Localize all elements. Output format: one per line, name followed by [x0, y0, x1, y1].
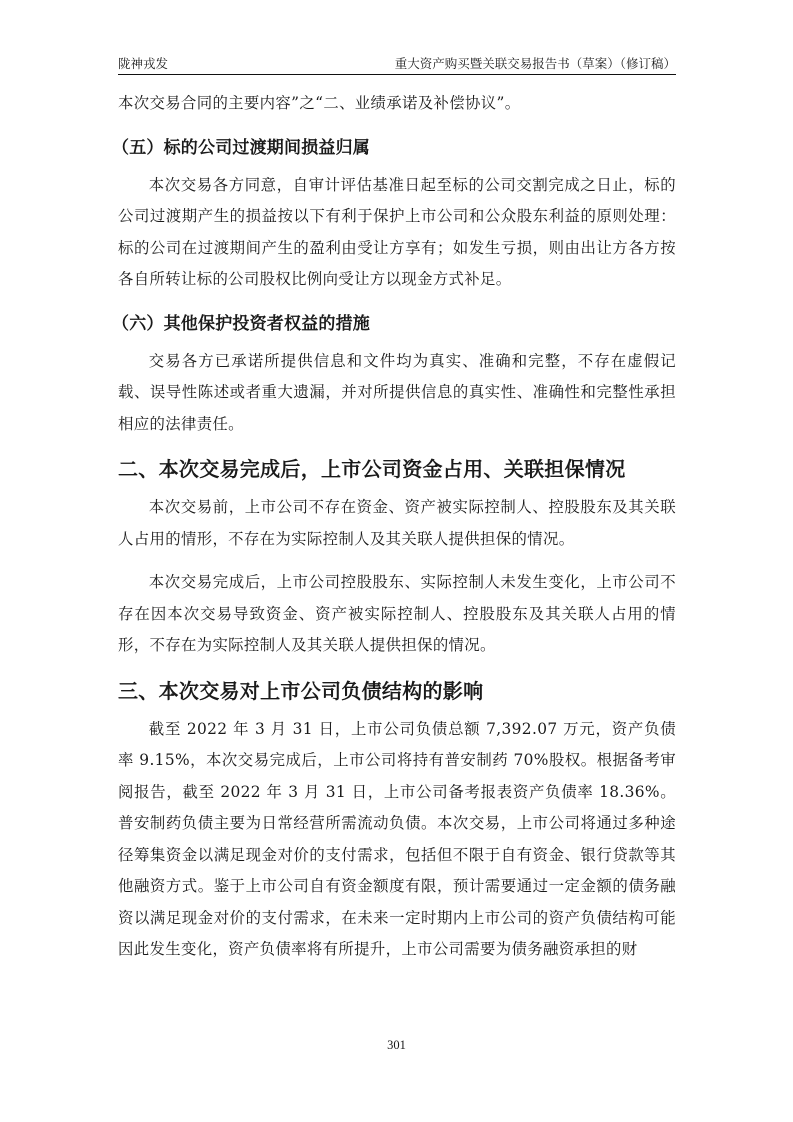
continuation-paragraph: 本次交易合同的主要内容”之“二、业绩承诺及补偿协议”。: [118, 88, 676, 120]
spacer: [118, 706, 676, 714]
page-number: 301: [0, 1038, 793, 1053]
spacer: [118, 296, 676, 310]
chapter-2-heading: 二、本次交易完成后，上市公司资金占用、关联担保情况: [118, 454, 676, 484]
spacer: [118, 555, 676, 567]
chapter-2-paragraph-2: 本次交易完成后，上市公司控股股东、实际控制人未发生变化，上市公司不存在因本次交易…: [118, 567, 676, 662]
spacer: [118, 338, 676, 346]
spacer: [118, 120, 676, 134]
section-5-paragraph: 本次交易各方同意，自审计评估基准日起至标的公司交割完成之日止，标的公司过渡期产生…: [118, 170, 676, 296]
header-document-title: 重大资产购买暨关联交易报告书（草案）（修订稿）: [395, 55, 676, 73]
page-content: 本次交易合同的主要内容”之“二、业绩承诺及补偿协议”。 （五）标的公司过渡期间损…: [118, 88, 676, 966]
chapter-3-heading: 三、本次交易对上市公司负债结构的影响: [118, 676, 676, 706]
chapter-3-paragraph: 截至 2022 年 3 月 31 日，上市公司负债总额 7,392.07 万元，…: [118, 714, 676, 966]
spacer: [118, 662, 676, 676]
page-header: 陇神戎发 重大资产购买暨关联交易报告书（草案）（修订稿）: [118, 53, 676, 75]
spacer: [118, 484, 676, 492]
section-5-heading: （五）标的公司过渡期间损益归属: [112, 134, 676, 162]
chapter-2-paragraph-1: 本次交易前，上市公司不存在资金、资产被实际控制人、控股股东及其关联人占用的情形，…: [118, 492, 676, 555]
spacer: [118, 162, 676, 170]
spacer: [118, 440, 676, 454]
section-6-heading: （六）其他保护投资者权益的措施: [112, 310, 676, 338]
section-6-paragraph: 交易各方已承诺所提供信息和文件均为真实、准确和完整，不存在虚假记载、误导性陈述或…: [118, 346, 676, 441]
header-company-name: 陇神戎发: [118, 55, 168, 73]
